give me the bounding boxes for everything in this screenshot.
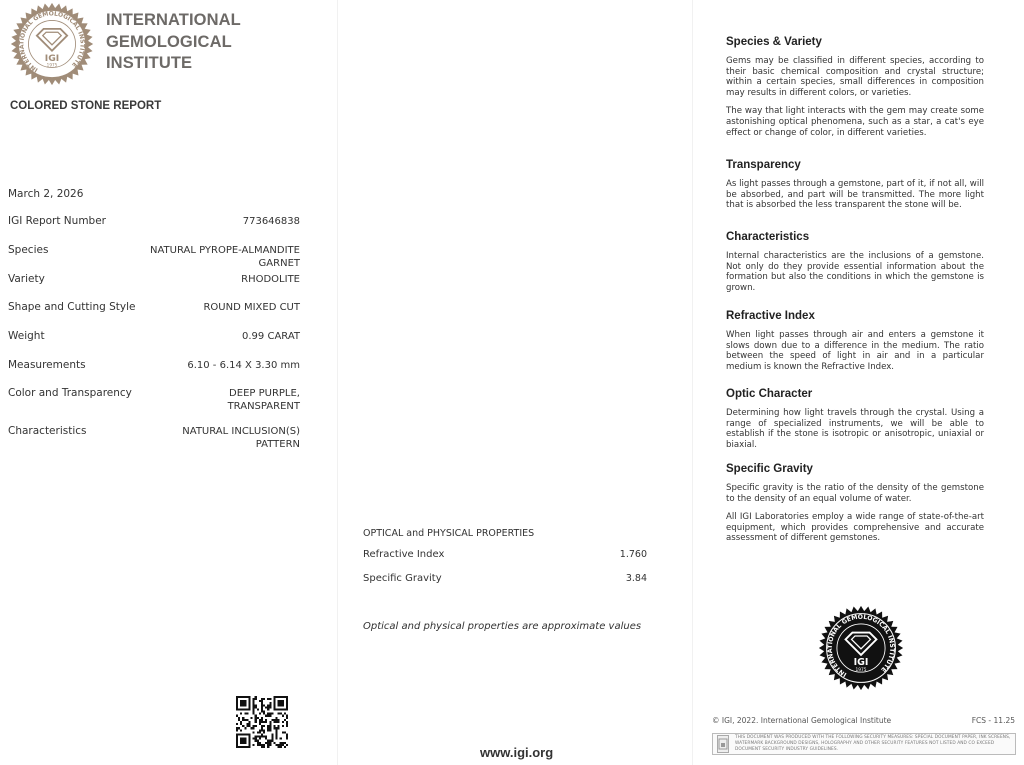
section-text: Specific gravity is the ratio of the den…: [726, 483, 984, 504]
field-value: ROUND MIXED CUT: [203, 301, 300, 314]
field-value: RHODOLITE: [241, 273, 300, 286]
fold-line: [337, 0, 338, 765]
report-panel: [0, 0, 337, 765]
property-row: Specific Gravity 3.84: [363, 573, 647, 584]
qr-code-icon[interactable]: [236, 696, 288, 748]
igi-seal-icon: INTERNATIONAL GEMOLOGICAL INSTITUTEIGI19…: [818, 605, 904, 691]
property-value: 1.760: [620, 549, 647, 560]
field-value: DEEP PURPLE,TRANSPARENT: [228, 387, 300, 413]
field-value: 773646838: [243, 215, 300, 228]
field-value: 6.10 - 6.14 X 3.30 mm: [187, 359, 300, 372]
fold-line: [692, 0, 693, 765]
section-heading: Optic Character: [726, 388, 984, 400]
svg-text:1975: 1975: [856, 667, 867, 673]
section-text: The way that light interacts with the ge…: [726, 106, 984, 138]
svg-text:1975: 1975: [47, 63, 58, 68]
property-row: Refractive Index 1.760: [363, 549, 647, 560]
section-heading: Transparency: [726, 159, 984, 171]
igi-seal-icon: INTERNATIONAL GEMOLOGICAL INSTITUTEIGI19…: [10, 2, 94, 86]
properties-note: Optical and physical properties are appr…: [363, 621, 641, 632]
field-label: Shape and Cutting Style: [8, 301, 135, 313]
property-value: 3.84: [626, 573, 647, 584]
report-title: COLORED STONE REPORT: [10, 100, 161, 112]
section-text: Determining how light travels through th…: [726, 408, 984, 450]
field-label: Color and Transparency: [8, 387, 132, 399]
section-text: As light passes through a gemstone, part…: [726, 179, 984, 211]
field-label: Measurements: [8, 359, 86, 371]
field-label: IGI Report Number: [8, 215, 106, 227]
security-text: THIS DOCUMENT WAS PRODUCED WITH THE FOLL…: [735, 735, 1015, 753]
field-label: Weight: [8, 330, 45, 342]
property-label: Refractive Index: [363, 549, 444, 560]
organization-name: INTERNATIONAL GEMOLOGICAL INSTITUTE: [106, 10, 241, 75]
section-text: Internal characteristics are the inclusi…: [726, 251, 984, 293]
section-heading: Refractive Index: [726, 310, 984, 322]
org-line: INTERNATIONAL: [106, 10, 241, 32]
org-line: INSTITUTE: [106, 53, 241, 75]
section-heading: Species & Variety: [726, 36, 984, 48]
properties-title: OPTICAL and PHYSICAL PROPERTIES: [363, 528, 534, 539]
field-value: NATURAL PYROPE-ALMANDITEGARNET: [150, 244, 300, 270]
document-lock-icon: [717, 735, 729, 753]
field-value: NATURAL INCLUSION(S)PATTERN: [182, 425, 300, 451]
property-label: Specific Gravity: [363, 573, 442, 584]
section-heading: Specific Gravity: [726, 463, 984, 475]
copyright: © IGI, 2022. International Gemological I…: [712, 716, 891, 725]
glossary-section: Optic CharacterDetermining how light tra…: [726, 388, 984, 458]
org-line: GEMOLOGICAL: [106, 32, 241, 54]
svg-text:IGI: IGI: [854, 657, 869, 668]
website-link[interactable]: www.igi.org: [480, 745, 553, 760]
section-text: All IGI Laboratories employ a wide range…: [726, 512, 984, 544]
glossary-section: CharacteristicsInternal characteristics …: [726, 231, 984, 301]
report-date: March 2, 2026: [8, 188, 83, 200]
field-label: Characteristics: [8, 425, 87, 437]
field-label: Species: [8, 244, 48, 256]
security-notice: THIS DOCUMENT WAS PRODUCED WITH THE FOLL…: [712, 733, 1016, 755]
glossary-section: Species & VarietyGems may be classified …: [726, 36, 984, 146]
glossary-section: TransparencyAs light passes through a ge…: [726, 159, 984, 219]
glossary-section: Specific GravitySpecific gravity is the …: [726, 463, 984, 552]
section-text: Gems may be classified in different spec…: [726, 56, 984, 98]
section-text: When light passes through air and enters…: [726, 330, 984, 372]
section-heading: Characteristics: [726, 231, 984, 243]
field-value: 0.99 CARAT: [242, 330, 300, 343]
form-code: FCS - 11.25: [972, 716, 1015, 725]
glossary-section: Refractive IndexWhen light passes throug…: [726, 310, 984, 380]
field-label: Variety: [8, 273, 45, 285]
